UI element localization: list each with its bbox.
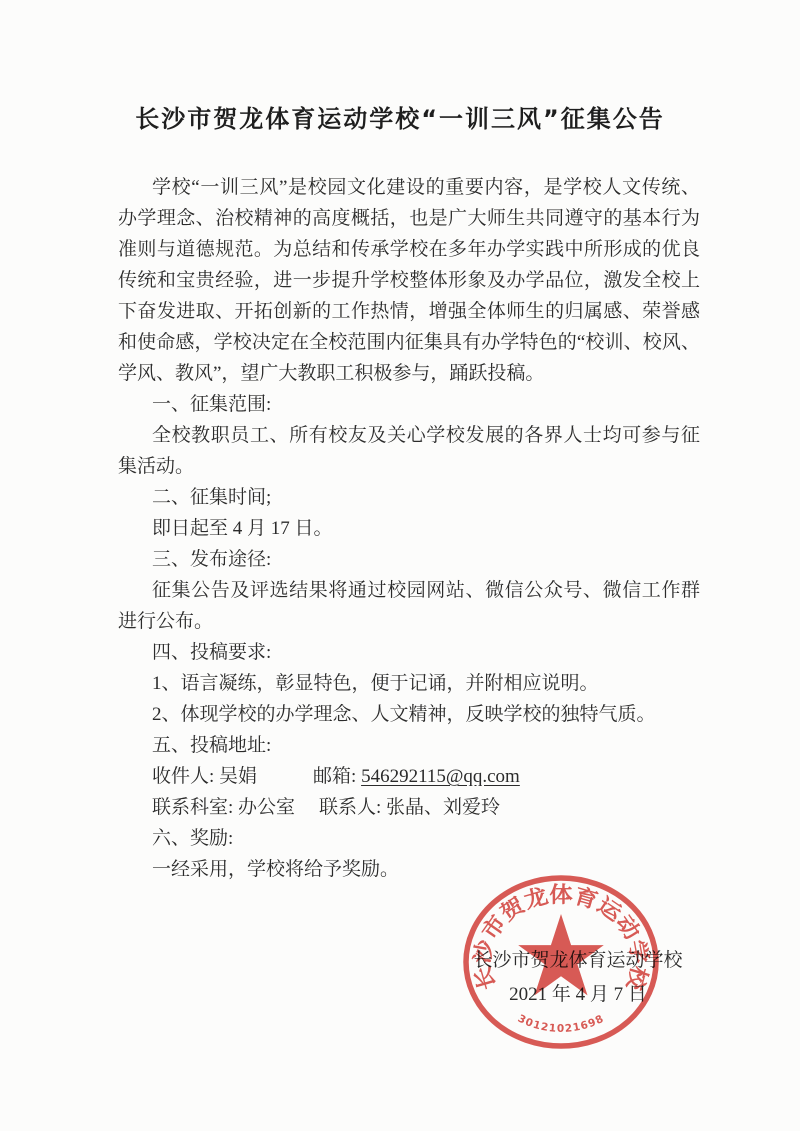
body-line: 办学理念、治校精神的高度概括，也是广大师生共同遵守的基本行为	[118, 203, 700, 234]
section-heading-scope: 一、征集范围:	[118, 389, 700, 420]
contact-persons: 联系人: 张晶、刘爱玲	[319, 797, 500, 818]
section-heading-requirements: 四、投稿要求:	[118, 637, 700, 668]
body-line: 征集公告及评选结果将通过校园网站、微信公众号、微信工作群	[118, 575, 700, 606]
body-line: 学风、教风”，望广大教职工积极参与，踊跃投稿。	[118, 358, 700, 389]
section-heading-address: 五、投稿地址:	[118, 730, 700, 761]
contact-department: 联系科室: 办公室	[152, 797, 295, 818]
body-line: 2、体现学校的办学理念、人文精神，反映学校的独特气质。	[118, 699, 700, 730]
email-label: 邮箱:	[313, 766, 356, 787]
document-title: 长沙市贺龙体育运动学校“一训三风”征集公告	[0, 99, 800, 134]
contact-line-department: 联系科室: 办公室联系人: 张晶、刘爱玲	[118, 792, 700, 823]
body-line: 传统和宝贵经验，进一步提升学校整体形象及办学品位，激发全校上	[118, 265, 700, 296]
seal-star	[518, 914, 604, 995]
recipient-name: 收件人: 吴娟	[152, 766, 257, 787]
body-line: 下奋发进取、开拓创新的工作热情，增强全体师生的归属感、荣誉感	[118, 296, 700, 327]
contact-line-recipient: 收件人: 吴娟邮箱: 546292115@qq.com	[118, 761, 700, 792]
body-line: 全校教职员工、所有校友及关心学校发展的各界人士均可参与征	[118, 420, 700, 451]
body-line: 1、语言凝练，彰显特色，便于记诵，并附相应说明。	[118, 668, 700, 699]
body-line: 学校“一训三风”是校园文化建设的重要内容，是学校人文传统、	[118, 172, 700, 203]
body-line: 准则与道德规范。为总结和传承学校在多年办学实践中所形成的优良	[118, 234, 700, 265]
body-line: 进行公布。	[118, 606, 700, 637]
official-seal: 长沙市贺龙体育运动学校 4301210216987	[450, 851, 672, 1073]
email-address: 546292115@qq.com	[361, 766, 520, 787]
body-line: 和使命感，学校决定在全校范围内征集具有办学特色的“校训、校风、	[118, 327, 700, 358]
body-line: 即日起至 4 月 17 日。	[118, 513, 700, 544]
document-body: 学校“一训三风”是校园文化建设的重要内容，是学校人文传统、 办学理念、治校精神的…	[118, 172, 700, 885]
section-heading-reward: 六、奖励:	[118, 823, 700, 854]
scanned-document-page: 长沙市贺龙体育运动学校“一训三风”征集公告 学校“一训三风”是校园文化建设的重要…	[0, 0, 800, 1131]
section-heading-channel: 三、发布途径:	[118, 544, 700, 575]
body-line: 集活动。	[118, 451, 700, 482]
section-heading-time: 二、征集时间;	[118, 482, 700, 513]
